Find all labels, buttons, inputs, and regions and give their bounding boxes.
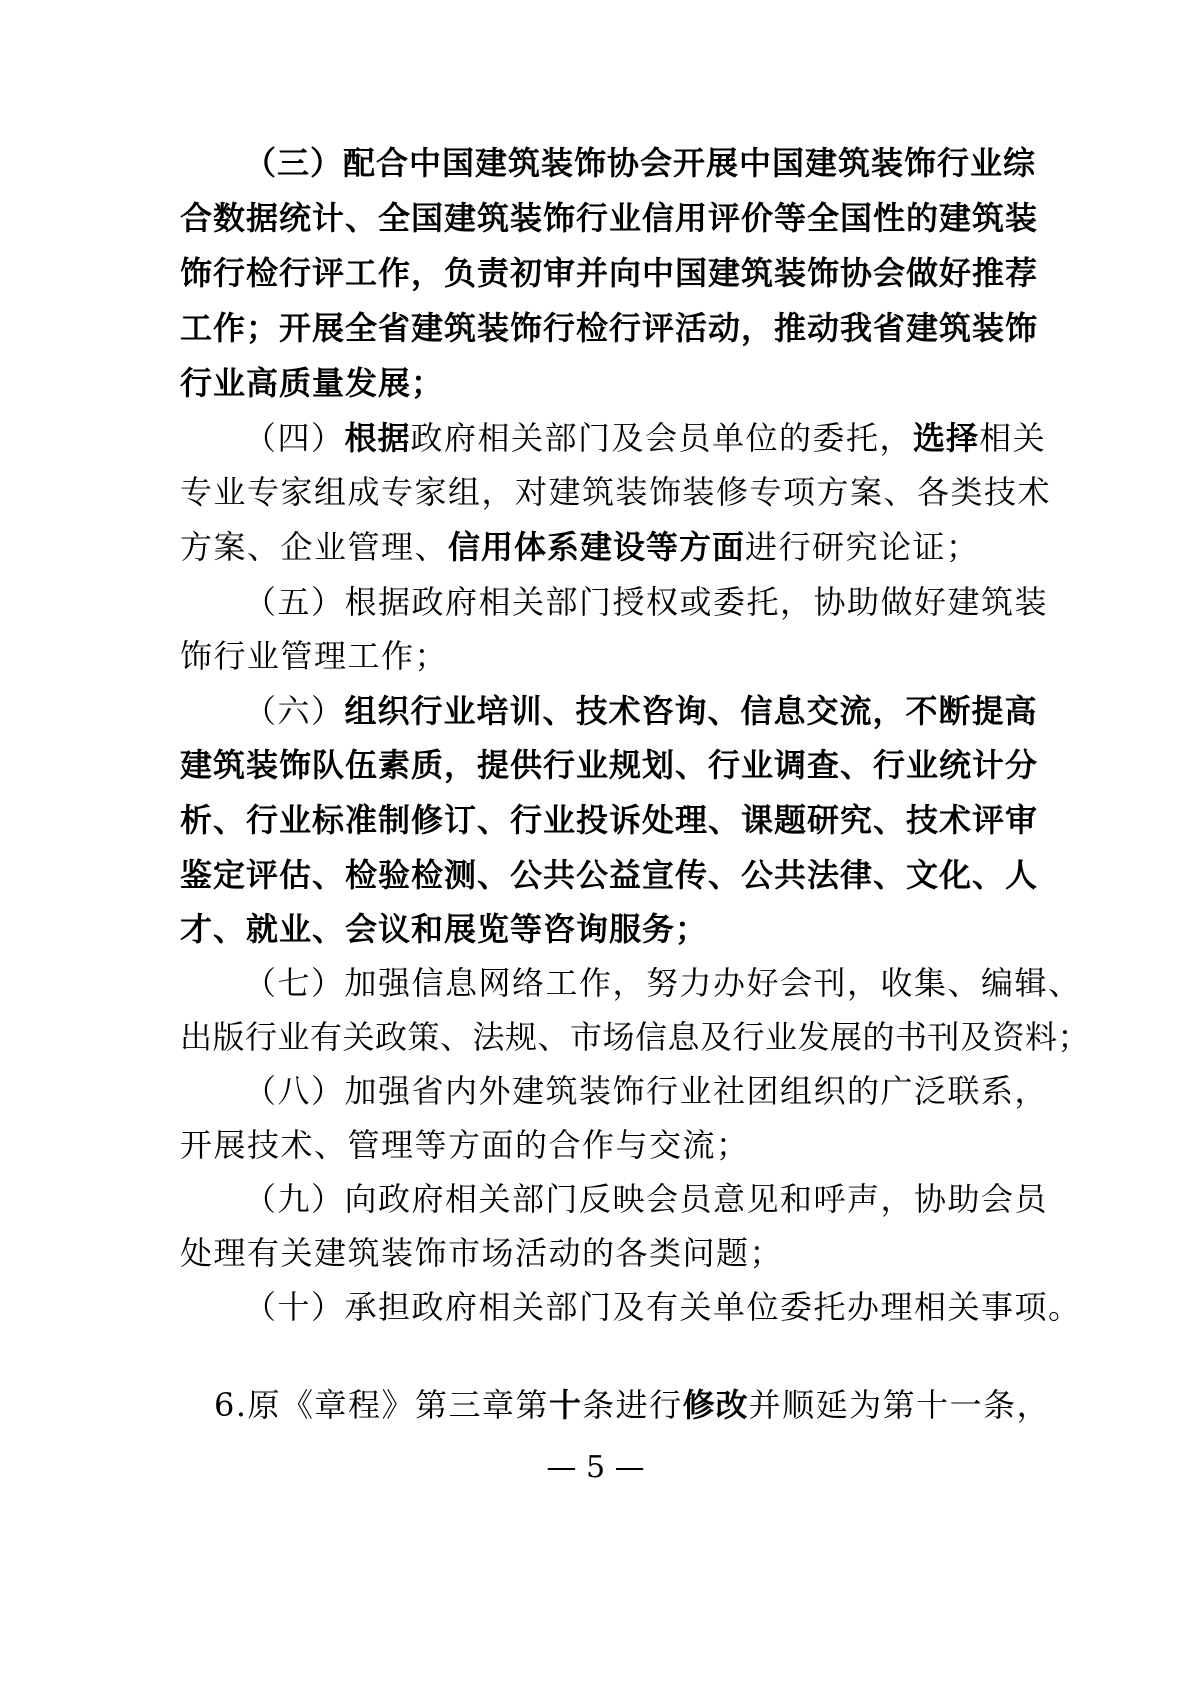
paragraph-line: 方案、企业管理、信用体系建设等方面进行研究论证； — [180, 525, 1010, 569]
paragraph-line: 处理有关建筑装饰市场活动的各类问题； — [180, 1231, 1010, 1275]
paragraph-line: （三）配合中国建筑装饰协会开展中国建筑装饰行业综 — [244, 141, 1010, 185]
paragraph-line: 工作；开展全省建筑装饰行检行评活动，推动我省建筑装饰 — [180, 306, 1010, 350]
paragraph-line: （八）加强省内外建筑装饰行业社团组织的广泛联系， — [244, 1069, 1010, 1113]
paragraph-line: 饰行检行评工作，负责初审并向中国建筑装饰协会做好推荐 — [180, 251, 1010, 295]
paragraph-line: 专业专家组成专家组，对建筑装饰装修专项方案、各类技术 — [180, 470, 1010, 514]
paragraph-line: 建筑装饰队伍素质，提供行业规划、行业调查、行业统计分 — [180, 743, 1010, 787]
paragraph-line: 合数据统计、全国建筑装饰行业信用评价等全国性的建筑装 — [180, 196, 1010, 240]
paragraph-line: 行业高质量发展； — [180, 361, 1010, 405]
paragraph-line: 鉴定评估、检验检测、公共公益宣传、公共法律、文化、人 — [180, 853, 1010, 897]
paragraph-line: 6.原《章程》第三章第十条进行修改并顺延为第十一条， — [214, 1383, 980, 1427]
paragraph-line: 析、行业标准制修订、行业投诉处理、课题研究、技术评审 — [180, 798, 1010, 842]
paragraph-line: （十）承担政府相关部门及有关单位委托办理相关事项。 — [244, 1285, 1010, 1329]
paragraph-line: （四）根据政府相关部门及会员单位的委托，选择相关 — [244, 416, 1010, 460]
paragraph-line: 开展技术、管理等方面的合作与交流； — [180, 1123, 1010, 1167]
paragraph-line: （九）向政府相关部门反映会员意见和呼声，协助会员 — [244, 1177, 1010, 1221]
paragraph-line: （七）加强信息网络工作，努力办好会刊，收集、编辑、 — [244, 961, 1010, 1005]
paragraph-line: 才、就业、会议和展览等咨询服务； — [180, 907, 1010, 951]
paragraph-line: （六）组织行业培训、技术咨询、信息交流，不断提高 — [244, 689, 1010, 733]
paragraph-line: 出版行业有关政策、法规、市场信息及行业发展的书刊及资料； — [180, 1015, 1010, 1059]
paragraph-line: 饰行业管理工作； — [180, 634, 1010, 678]
paragraph-line: （五）根据政府相关部门授权或委托，协助做好建筑装 — [244, 580, 1010, 624]
page-number: — 5 — — [0, 1448, 1191, 1488]
document-page: （三）配合中国建筑装饰协会开展中国建筑装饰行业综 合数据统计、全国建筑装饰行业信… — [0, 0, 1191, 1684]
